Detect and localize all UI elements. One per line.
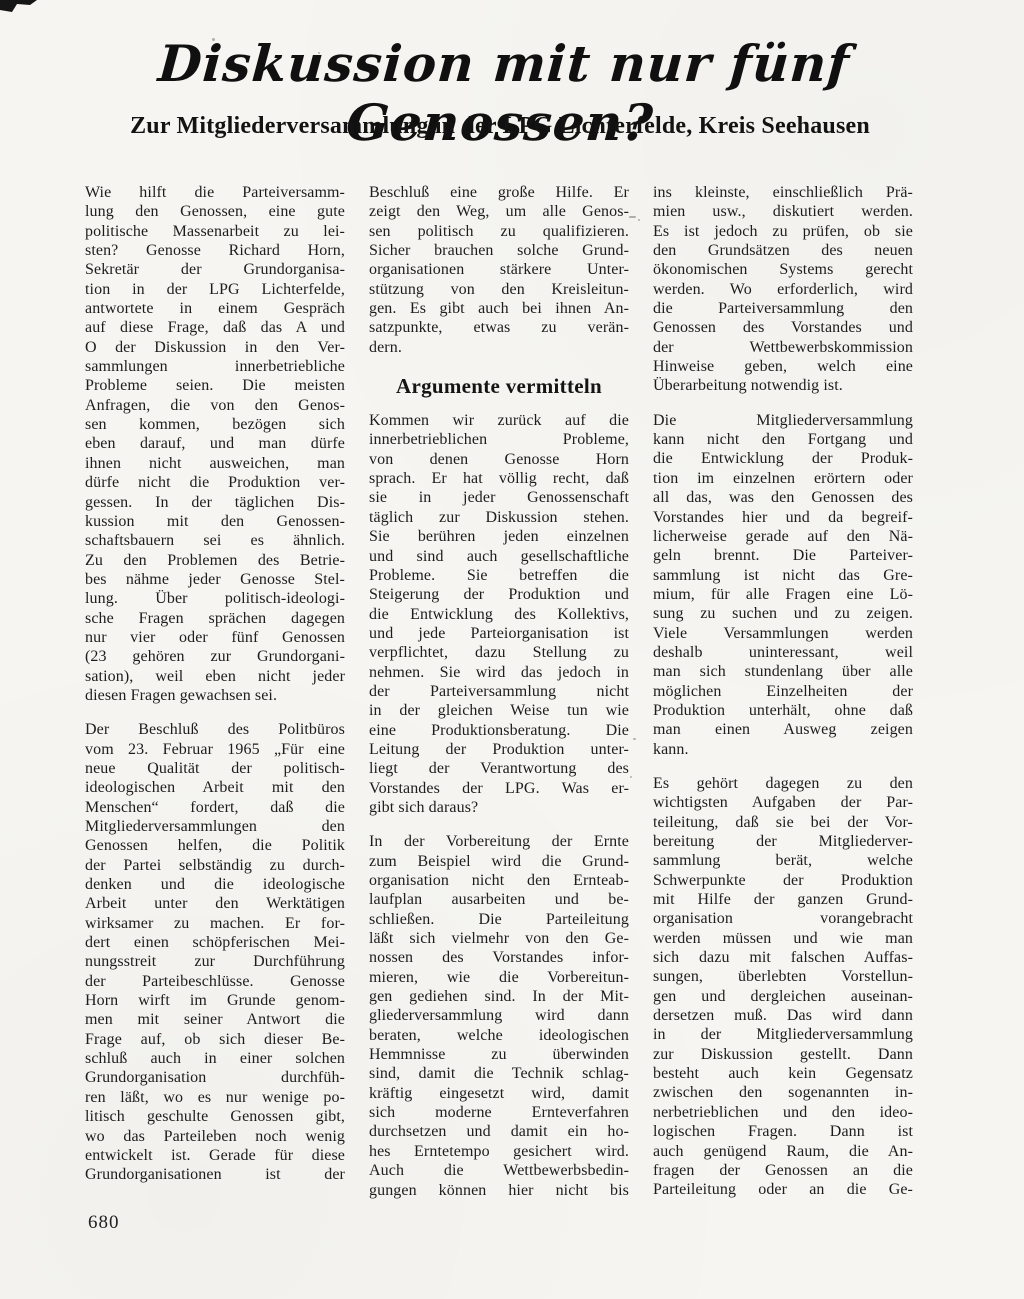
text-line: zur Diskussion gestellt. Dann [653, 1045, 913, 1064]
text-line: sung zu suchen und zu zeigen. [653, 604, 913, 623]
text-line: licherweise gerade auf den Nä- [653, 527, 913, 546]
text-line: organisation nicht den Ernteab- [369, 871, 629, 890]
text-line: durchsetzen und damit ein ho- [369, 1122, 629, 1141]
paragraph: Beschluß eine große Hilfe. Erzeigt den W… [369, 183, 629, 357]
text-line: man sich stundenlang über alle [653, 662, 913, 681]
text-line: man einen Ausweg zeigen [653, 720, 913, 739]
text-line: Grundorganisation durchfüh- [85, 1068, 345, 1087]
text-line: Arbeit unter den Werktätigen [85, 894, 345, 913]
text-line: mieren, wie die Vorbereitun- [369, 968, 629, 987]
text-line: In der Vorbereitung der Ernte [369, 832, 629, 851]
text-line: all das, was den Genossen des [653, 488, 913, 507]
text-line: nerbetrieblichen und den ideo- [653, 1103, 913, 1122]
text-line: lung den Genossen, eine gute [85, 202, 345, 221]
text-line: auch genügend Raum, die An- [653, 1142, 913, 1161]
text-line: Viele Versammlungen werden [653, 624, 913, 643]
text-line: Schwerpunkte der Produktion [653, 871, 913, 890]
text-line: dersetzen muß. Das wird dann [653, 1006, 913, 1025]
text-line: Wie hilft die Parteiversamm- [85, 183, 345, 202]
text-line: sich moderne Ernteverfahren [369, 1103, 629, 1122]
text-line: nungsstreit zur Durchführung [85, 952, 345, 971]
text-line: Es ist jedoch zu prüfen, ob sie [653, 222, 913, 241]
text-line: zeigt den Weg, um alle Genos- [369, 202, 629, 221]
text-line: Überarbeitung notwendig ist. [653, 376, 913, 395]
text-line: Sie berühren jeden einzelnen [369, 527, 629, 546]
text-line: möglichen Einzelheiten der [653, 682, 913, 701]
text-line: vom 23. Februar 1965 „Für eine [85, 740, 345, 759]
text-line: die Parteiversammlung den [653, 299, 913, 318]
text-column-2: Beschluß eine große Hilfe. Erzeigt den W… [369, 183, 629, 1215]
text-line: Genossen des Vorstandes und [653, 318, 913, 337]
text-line: organisationen stärkere Unter- [369, 260, 629, 279]
text-line: gibt sich daraus? [369, 798, 629, 817]
text-line: Vorstandes der LPG. Was er- [369, 779, 629, 798]
text-line: läßt sich vielmehr von den Ge- [369, 929, 629, 948]
text-line: sammlung berät, welche [653, 851, 913, 870]
text-line: nur vier oder fünf Genossen [85, 628, 345, 647]
text-line: sche Fragen sprächen dagegen [85, 609, 345, 628]
paragraph: ins kleinste, einschließlich Prä-mien us… [653, 183, 913, 396]
text-line: Zu den Problemen des Betrie- [85, 551, 345, 570]
text-line: die Entwicklung der Produk- [653, 449, 913, 468]
text-line: sind, damit die Technik schlag- [369, 1064, 629, 1083]
text-line: der Wettbewerbskommission [653, 338, 913, 357]
text-line: Es gehört dagegen zu den [653, 774, 913, 793]
text-line: lung. Über politisch-ideologi- [85, 589, 345, 608]
text-line: litisch geschulte Genossen gibt, [85, 1107, 345, 1126]
article-subtitle: Zur Mitgliederversammlung in der LPG Lic… [0, 113, 1000, 140]
text-line: in der Mitgliederversammlung [653, 1025, 913, 1044]
text-line: Hinweise geben, welch eine [653, 357, 913, 376]
magazine-page: { "page": { "title": "Diskussion mit nur… [0, 0, 1024, 1299]
text-line: ihnen nicht ausweichen, man [85, 454, 345, 473]
text-line: Probleme. Sie betreffen die [369, 566, 629, 585]
text-line: Vorstandes hier und da begreif- [653, 508, 913, 527]
text-line: und jede Parteiorganisation ist [369, 624, 629, 643]
text-line: (23 gehören zur Grundorgani- [85, 647, 345, 666]
text-line: Leitung der Produktion unter- [369, 740, 629, 759]
text-line: Die Mitgliederversammlung [653, 411, 913, 430]
text-line: Auch die Wettbewerbsbedin- [369, 1161, 629, 1180]
text-line: deshalb uninteressant, weil [653, 643, 913, 662]
text-line: sich dazu mit falschen Auffas- [653, 948, 913, 967]
text-line: in der gleichen Weise tun wie [369, 701, 629, 720]
text-line: ökonomischen Systems gerecht [653, 260, 913, 279]
text-line: zum Beispiel wird die Grund- [369, 852, 629, 871]
text-line: schaftsbauern sei es ähnlich. [85, 531, 345, 550]
text-line: organisation vorangebracht [653, 909, 913, 928]
text-line: Horn wirft im Grunde genom- [85, 991, 345, 1010]
text-line: sungen, überlebten Vorstellun- [653, 967, 913, 986]
text-line: sammlungen innerbetriebliche [85, 357, 345, 376]
paragraph: Kommen wir zurück auf dieinnerbetrieblic… [369, 411, 629, 817]
text-line: politische Massenarbeit zu lei- [85, 222, 345, 241]
text-line: der Parteibeschlüsse. Genosse [85, 972, 345, 991]
text-column-3: ins kleinste, einschließlich Prä-mien us… [653, 183, 913, 1215]
text-line: täglich zur Diskussion stehen. [369, 508, 629, 527]
text-line: die Entwicklung des Kollektivs, [369, 605, 629, 624]
text-line: Sicher brauchen solche Grund- [369, 241, 629, 260]
text-line: kann nicht den Fortgang und [653, 430, 913, 449]
text-line: sie in jeder Genossenschaft [369, 488, 629, 507]
text-line: Steigerung der Produktion und [369, 585, 629, 604]
text-line: satzpunkte, etwas zu verän- [369, 318, 629, 337]
text-line: verpflichtet, dazu Stellung zu [369, 643, 629, 662]
text-line: ren läßt, wo es nur wenige po- [85, 1088, 345, 1107]
text-line: tion in der LPG Lichterfelde, [85, 280, 345, 299]
text-line: schluß auch in einer solchen [85, 1049, 345, 1068]
text-line: sten? Genosse Richard Horn, [85, 241, 345, 260]
text-line: Produktion unterhält, ohne daß [653, 701, 913, 720]
text-line: eben darauf, und man dürfe [85, 434, 345, 453]
text-line: kann. [653, 740, 913, 759]
paragraph: Es gehört dagegen zu denwichtigsten Aufg… [653, 774, 913, 1200]
text-line: Anfragen, die von den Genos- [85, 396, 345, 415]
text-line: dern. [369, 338, 629, 357]
text-line: sprach. Er hat völlig recht, daß [369, 469, 629, 488]
paragraph: In der Vorbereitung der Erntezum Beispie… [369, 832, 629, 1200]
text-line: mien usw., diskutiert werden. [653, 202, 913, 221]
text-line: gen. Es gibt auch bei ihnen An- [369, 299, 629, 318]
text-line: gen gediehen sind. In der Mit- [369, 987, 629, 1006]
text-line: der Partei selbständig zu durch- [85, 856, 345, 875]
text-line: Probleme seien. Die meisten [85, 376, 345, 395]
text-line: gungen können hier nicht bis [369, 1181, 629, 1200]
text-line: dürfe nicht die Produktion ver- [85, 473, 345, 492]
text-line: dert einen schöpferischen Mei- [85, 933, 345, 952]
text-line: mium, für alle Fragen eine Lö- [653, 585, 913, 604]
text-line: Genossen helfen, die Politik [85, 836, 345, 855]
text-line: kräftig eingesetzt wird, damit [369, 1084, 629, 1103]
text-line: teileitung, daß sie bei der Vor- [653, 813, 913, 832]
text-line: logischen Fragen. Dann ist [653, 1122, 913, 1141]
text-line: gen und dergleichen auseinan- [653, 987, 913, 1006]
text-line: denken und die ideologische [85, 875, 345, 894]
text-line: O der Diskussion in den Ver- [85, 338, 345, 357]
paragraph: Wie hilft die Parteiversamm-lung den Gen… [85, 183, 345, 705]
text-line: sen politisch zu qualifizieren. [369, 222, 629, 241]
text-line: liegt der Verantwortung des [369, 759, 629, 778]
text-line: mit Hilfe der ganzen Grund- [653, 890, 913, 909]
text-line: wo das Parteileben noch wenig [85, 1127, 345, 1146]
text-line: werden müssen und wie man [653, 929, 913, 948]
text-line: stützung von den Kreisleitun- [369, 280, 629, 299]
text-line: bes nähme jeder Genosse Stel- [85, 570, 345, 589]
text-line: innerbetrieblichen Probleme, [369, 430, 629, 449]
text-line: Menschen“ fordert, daß die [85, 798, 345, 817]
text-column-1: Wie hilft die Parteiversamm-lung den Gen… [85, 183, 345, 1215]
text-line: werden. Wo erforderlich, wird [653, 280, 913, 299]
article-columns: Wie hilft die Parteiversamm-lung den Gen… [85, 183, 913, 1215]
text-line: kussion mit den Genossen- [85, 512, 345, 531]
text-line: diesen Fragen gewachsen sei. [85, 686, 345, 705]
text-line: geln brennt. Die Parteiver- [653, 546, 913, 565]
paragraph: Die Mitgliederversammlungkann nicht den … [653, 411, 913, 759]
text-line: Grundorganisationen ist der [85, 1165, 345, 1184]
text-line: Kommen wir zurück auf die [369, 411, 629, 430]
text-line: fragen der Genossen an die [653, 1161, 913, 1180]
paragraph: Der Beschluß des Politbürosvom 23. Febru… [85, 720, 345, 1184]
text-line: sammlung ist nicht das Gre- [653, 566, 913, 585]
section-heading: Argumente vermitteln [369, 374, 629, 399]
text-line: antwortete in einem Gespräch [85, 299, 345, 318]
text-line: bereitung der Mitgliederver- [653, 832, 913, 851]
text-line: den Grundsätzen des neuen [653, 241, 913, 260]
text-line: sen kommen, bezögen sich [85, 415, 345, 434]
text-line: wichtigsten Aufgaben der Par- [653, 793, 913, 812]
text-line: tion im einzelnen erörtern oder [653, 469, 913, 488]
text-line: Beschluß eine große Hilfe. Er [369, 183, 629, 202]
text-line: men mit seiner Antwort die [85, 1010, 345, 1029]
text-line: zwischen den sogenannten in- [653, 1083, 913, 1102]
text-line: ideologischen Arbeit mit den [85, 778, 345, 797]
text-line: ins kleinste, einschließlich Prä- [653, 183, 913, 202]
text-line: neue Qualität der politisch- [85, 759, 345, 778]
text-line: Hemmnisse zu überwinden [369, 1045, 629, 1064]
text-line: entwickelt ist. Gerade für diese [85, 1146, 345, 1165]
text-line: Sekretär der Grundorganisa- [85, 260, 345, 279]
text-line: schließen. Die Parteileitung [369, 910, 629, 929]
text-line: wirksamer zu machen. Er for- [85, 914, 345, 933]
text-line: besteht auch kein Gegensatz [653, 1064, 913, 1083]
scan-corner-artifact [0, 0, 38, 13]
page-number: 680 [88, 1212, 120, 1234]
text-line: Mitgliederversammlungen den [85, 817, 345, 836]
text-line: Parteileitung oder an die Ge- [653, 1180, 913, 1199]
text-line: der Parteiversammlung nicht [369, 682, 629, 701]
text-line: gessen. In der täglichen Dis- [85, 493, 345, 512]
text-line: Frage auf, ob sich dieser Be- [85, 1030, 345, 1049]
text-line: beraten, welche ideologischen [369, 1026, 629, 1045]
text-line: nehmen. Sie wird das jedoch in [369, 663, 629, 682]
text-line: gliederversammlung wird dann [369, 1006, 629, 1025]
text-line: Der Beschluß des Politbüros [85, 720, 345, 739]
text-line: auf diese Frage, daß das A und [85, 318, 345, 337]
text-line: und sind auch gesellschaftliche [369, 547, 629, 566]
text-line: eine Produktionsberatung. Die [369, 721, 629, 740]
text-line: sation), weil eben nicht jeder [85, 667, 345, 686]
text-line: laufplan ausarbeiten und be- [369, 890, 629, 909]
text-line: nossen des Vorstandes infor- [369, 948, 629, 967]
text-line: von denen Genosse Horn [369, 450, 629, 469]
text-line: hes Erntetempo gesichert wird. [369, 1142, 629, 1161]
